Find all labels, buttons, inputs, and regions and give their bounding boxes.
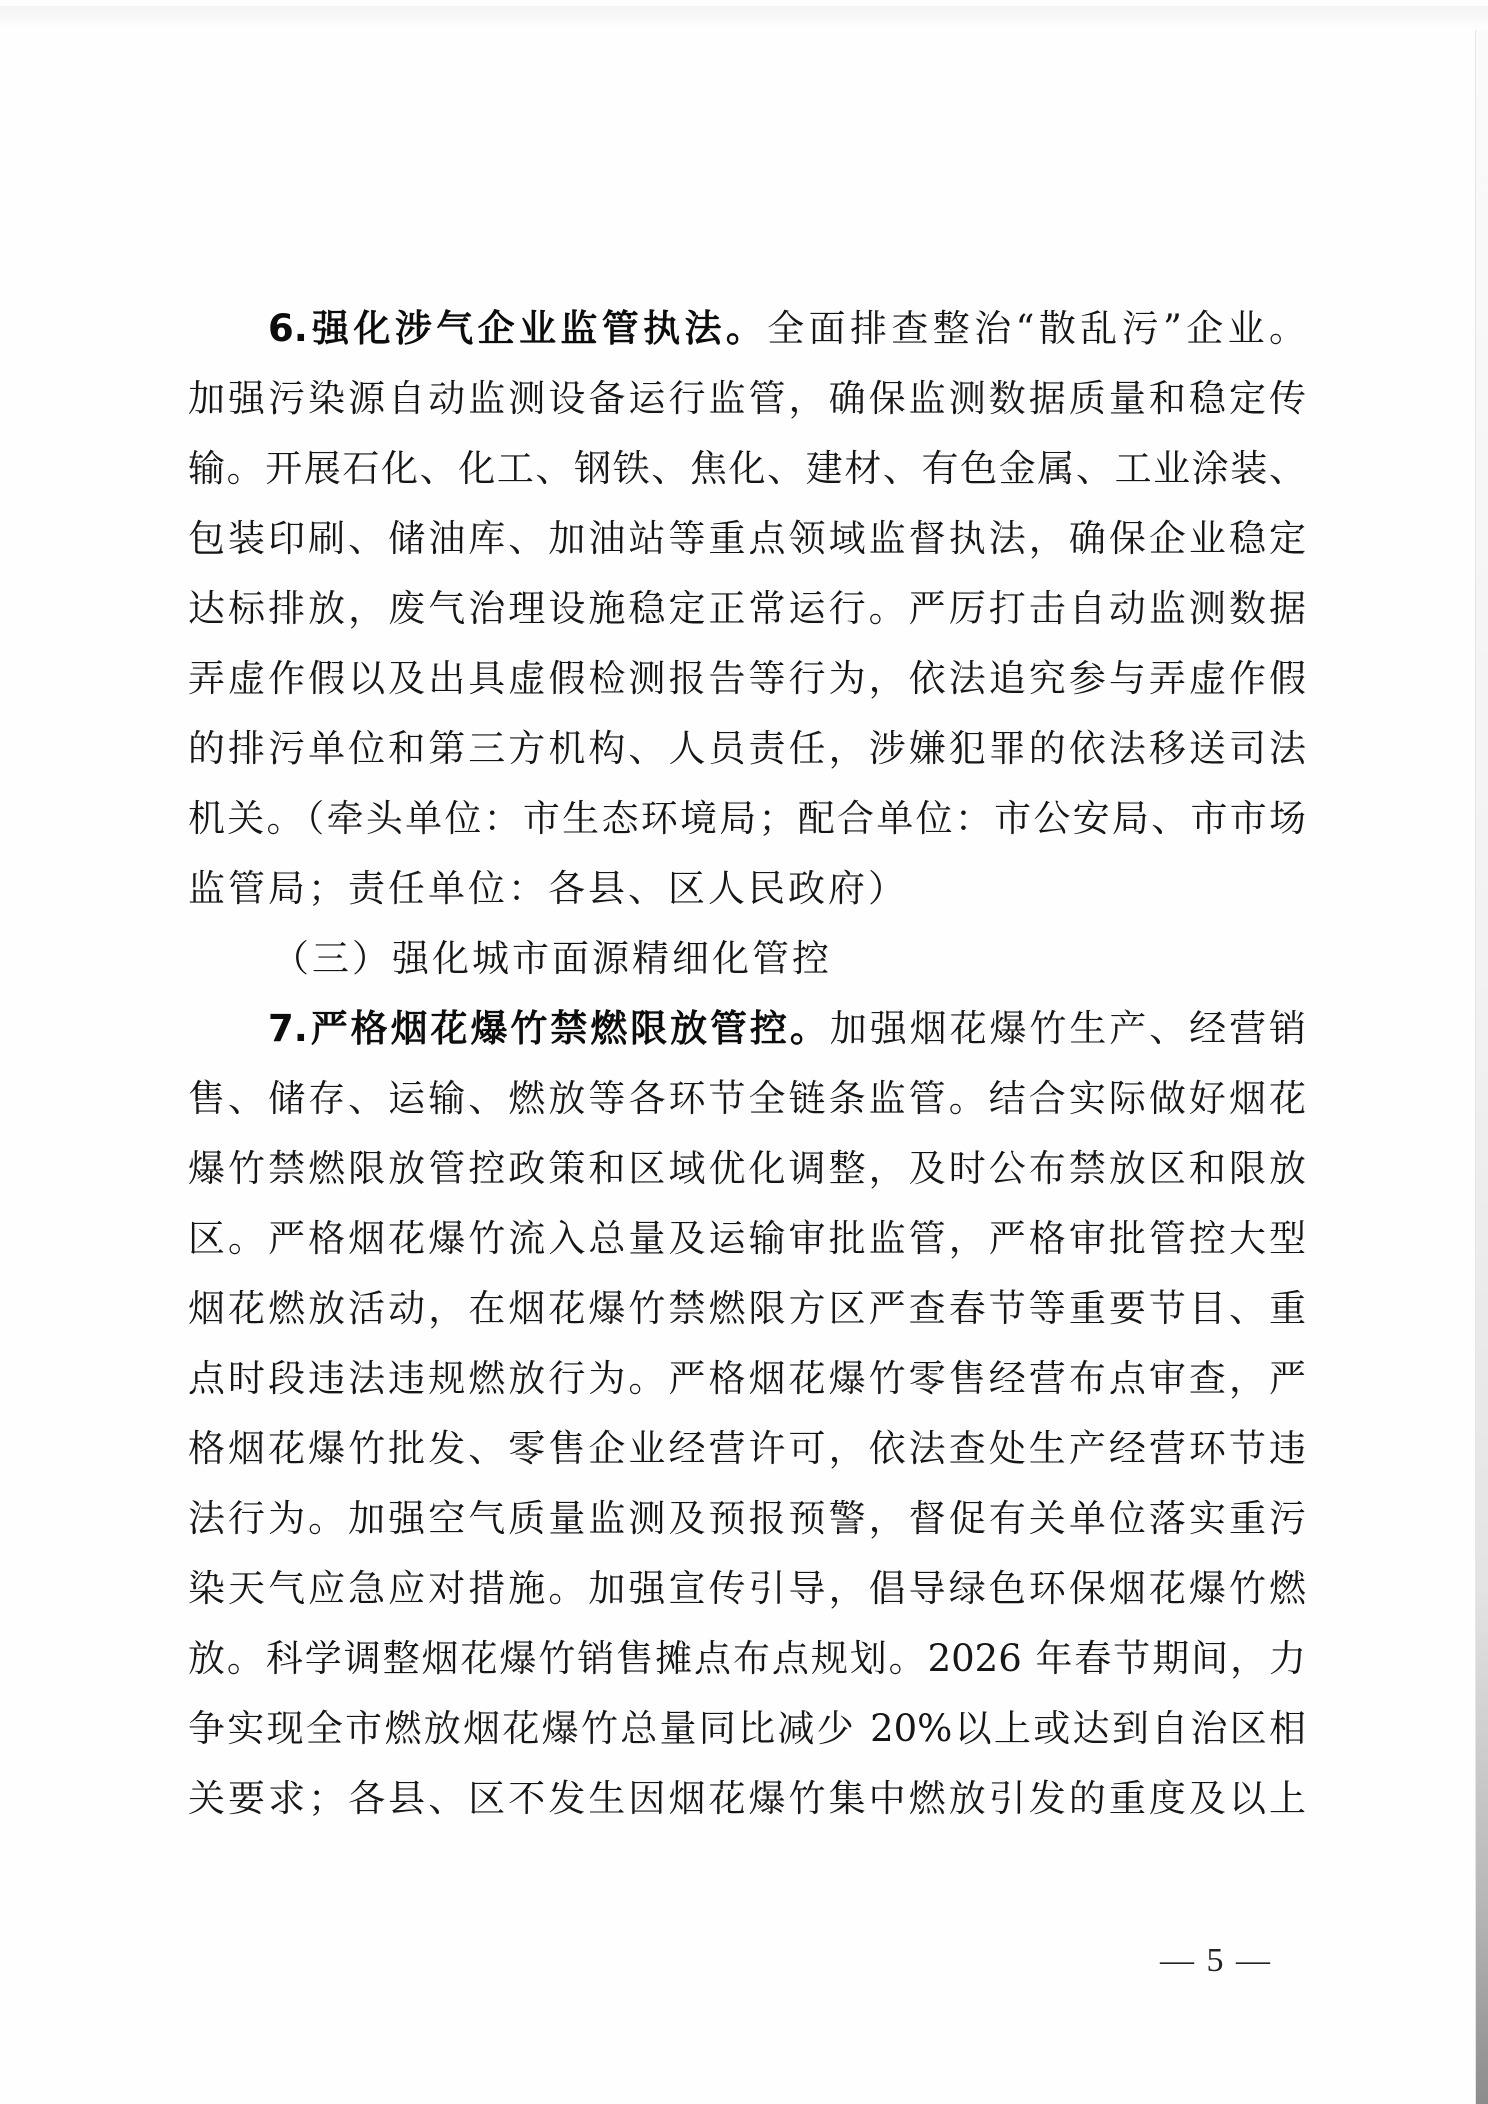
section7-line-9: 放。科学调整烟花爆竹销售摊点布点规划。2026 年春节期间，力	[188, 1636, 1306, 1682]
section6-line-2: 输。开展石化、化工、钢铁、焦化、建材、有色金属、工业涂装、	[188, 446, 1306, 492]
section7-line-10: 争实现全市燃放烟花爆竹总量同比减少 20%以上或达到自治区相	[188, 1706, 1306, 1752]
section7-line-5: 点时段违法违规燃放行为。严格烟花爆竹零售经营布点审查，严	[188, 1356, 1306, 1402]
page-number: — 5 —	[1160, 1942, 1272, 1980]
section7-title: 7.严格烟花爆竹禁燃限放管控。	[268, 1007, 830, 1050]
section6-line-6: 的排污单位和第三方机构、人员责任，涉嫌犯罪的依法移送司法	[188, 726, 1306, 772]
section7-line-6: 格烟花爆竹批发、零售企业经营许可，依法查处生产经营环节违	[188, 1426, 1306, 1472]
section6-line-4: 达标排放，废气治理设施稳定正常运行。严厉打击自动监测数据	[188, 586, 1306, 632]
section7-line-8: 染天气应急应对措施。加强宣传引导，倡导绿色环保烟花爆竹燃	[188, 1566, 1306, 1612]
scan-top-shadow	[0, 6, 1488, 28]
section6-line-1: 加强污染源自动监测设备运行监管，确保监测数据质量和稳定传	[188, 376, 1306, 422]
subsection-heading: （三）强化城市面源精细化管控	[272, 936, 832, 982]
section6-first-line: 6.强化涉气企业监管执法。全面排查整治“散乱污”企业。	[268, 306, 1306, 352]
section7-line-2: 爆竹禁燃限放管控政策和区域优化调整，及时公布禁放区和限放	[188, 1146, 1306, 1192]
section6-line-8: 监管局；责任单位：各县、区人民政府）	[188, 866, 1306, 912]
section7-line-11: 关要求；各县、区不发生因烟花爆竹集中燃放引发的重度及以上	[188, 1776, 1306, 1822]
section6-line-5: 弄虚作假以及出具虚假检测报告等行为，依法追究参与弄虚作假	[188, 656, 1306, 702]
document-page: 6.强化涉气企业监管执法。全面排查整治“散乱污”企业。 加强污染源自动监测设备运…	[0, 0, 1488, 2104]
section6-line-3: 包装印刷、储油库、加油站等重点领域监督执法，确保企业稳定	[188, 516, 1306, 562]
section7-line-0: 加强烟花爆竹生产、经营销	[830, 1007, 1306, 1050]
section6-line-0: 全面排查整治“散乱污”企业。	[767, 307, 1306, 350]
section7-line-3: 区。严格烟花爆竹流入总量及运输审批监管，严格审批管控大型	[188, 1216, 1306, 1262]
section6-line-7: 机关。（牵头单位：市生态环境局；配合单位：市公安局、市市场	[188, 796, 1306, 842]
section7-first-line: 7.严格烟花爆竹禁燃限放管控。加强烟花爆竹生产、经营销	[268, 1006, 1306, 1052]
section7-line-7: 法行为。加强空气质量监测及预报预警，督促有关单位落实重污	[188, 1496, 1306, 1542]
section6-title: 6.强化涉气企业监管执法。	[268, 307, 767, 350]
section7-line-1: 售、储存、运输、燃放等各环节全链条监管。结合实际做好烟花	[188, 1076, 1306, 1122]
scan-right-edge	[1475, 30, 1488, 2104]
section7-line-4: 烟花燃放活动，在烟花爆竹禁燃限方区严查春节等重要节目、重	[188, 1286, 1306, 1332]
